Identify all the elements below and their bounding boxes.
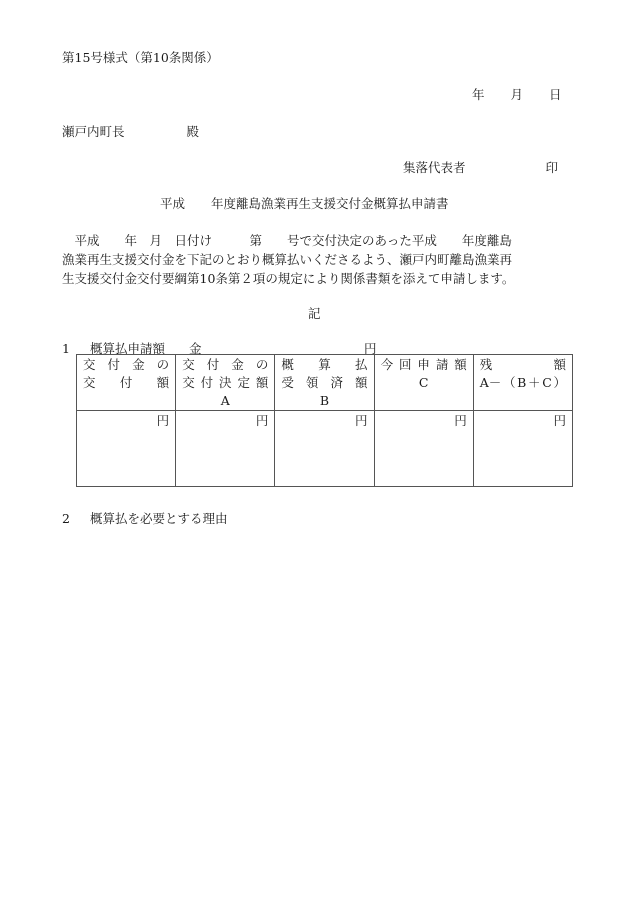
header-cell-balance: 残 額 A－（B＋C）: [473, 355, 572, 411]
item2-label: 概算払を必要とする理由: [90, 511, 228, 526]
addressee-line: 瀬戸内町長殿: [62, 122, 199, 140]
amounts-table: 交付金の 交 付 額 交付金の 交付決定額 A 概 算 払 受領済額 B 今回申…: [76, 354, 573, 487]
ki-heading: 記: [308, 304, 321, 322]
body-line: 生支援交付金交付要綱第10条第２項の規定により関係書類を添えて申請します。: [62, 269, 572, 288]
table-row: 円 円 円 円 円: [77, 411, 573, 487]
header-text: 残 額: [480, 356, 566, 374]
date-year: 年: [472, 85, 485, 103]
header-sub: A－（B＋C）: [480, 374, 566, 392]
header-cell-received-amount: 概 算 払 受領済額 B: [275, 355, 374, 411]
header-text: 概 算 払: [281, 356, 367, 374]
item2-line: 2概算払を必要とする理由: [62, 509, 228, 527]
body-line: 平成 年 月 日付け 第 号で交付決定のあった平成 年度離島: [62, 231, 572, 250]
body-line: 漁業再生支援交付金を下記のとおり概算払いくださるよう、瀬戸内町離島漁業再: [62, 250, 572, 269]
header-sub: C: [381, 374, 467, 392]
cell-grant-amount[interactable]: 円: [77, 411, 176, 487]
cell-current-request[interactable]: 円: [374, 411, 473, 487]
header-sub: B: [281, 392, 367, 410]
header-text: 交付金の: [83, 356, 169, 374]
header-text: 交付決定額: [182, 374, 268, 392]
representative-label: 集落代表者: [403, 160, 466, 175]
header-text: 今回申請額: [381, 356, 467, 374]
form-number: 第15号様式（第10条関係）: [62, 48, 219, 66]
document-title: 平成年度離島漁業再生支援交付金概算払申請書: [160, 194, 449, 212]
header-sub: A: [182, 392, 268, 410]
seal-mark: 印: [546, 160, 559, 175]
date-month: 月: [511, 85, 524, 103]
header-text: 交付金の: [182, 356, 268, 374]
body-paragraph: 平成 年 月 日付け 第 号で交付決定のあった平成 年度離島 漁業再生支援交付金…: [62, 231, 572, 288]
date-day: 日: [549, 85, 562, 103]
honorific: 殿: [187, 124, 200, 139]
header-cell-current-request: 今回申請額 C: [374, 355, 473, 411]
cell-received-amount[interactable]: 円: [275, 411, 374, 487]
title-era: 平成: [160, 196, 185, 211]
representative-line: 集落代表者印: [403, 158, 558, 176]
addressee: 瀬戸内町長: [62, 124, 125, 139]
item2-number: 2: [62, 511, 90, 526]
title-text: 年度離島漁業再生支援交付金概算払申請書: [211, 196, 449, 211]
date-line: 年月日: [472, 85, 562, 103]
cell-decided-amount[interactable]: 円: [176, 411, 275, 487]
header-text: 交 付 額: [83, 374, 169, 392]
cell-balance[interactable]: 円: [473, 411, 572, 487]
table-header-row: 交付金の 交 付 額 交付金の 交付決定額 A 概 算 払 受領済額 B 今回申…: [77, 355, 573, 411]
header-cell-decided-amount: 交付金の 交付決定額 A: [176, 355, 275, 411]
header-text: 受領済額: [281, 374, 367, 392]
header-cell-grant-amount: 交付金の 交 付 額: [77, 355, 176, 411]
